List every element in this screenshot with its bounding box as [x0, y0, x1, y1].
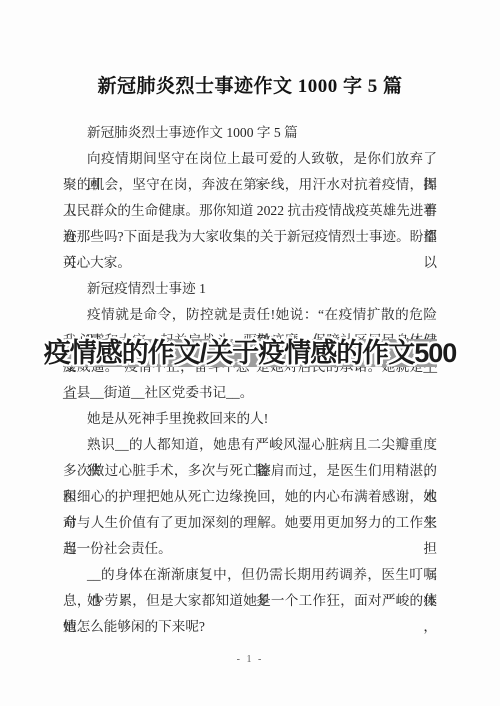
section-heading: 新冠疫情烈士事迹 1 [63, 276, 437, 302]
text-line: 人民群众的生命健康。那你知道 2022 抗击疫情战疫英雄先进事迹都 [63, 198, 437, 224]
text-line: __的身体在渐渐康复中，但仍需长期用药调养，医生叮嘱她多休 [63, 562, 437, 588]
text-line: 聚的机会，坚守在岗，奔波在第一线，用汗水对抗着疫情，捍卫着 [63, 172, 437, 198]
text-line: 多次做过心脏手术，多次与死亡擦肩而过，是医生们用精湛的医术 [63, 458, 437, 484]
subtitle-line: 新冠肺炎烈士事迹作文 1000 字 5 篇 [63, 120, 437, 146]
text-line: 和细心的护理把她从死亡边缘挽回，她的内心布满着感谢，她对生 [63, 484, 437, 510]
text-line: 息，少劳累，但是大家都知道她是一个工作狂，面对严峻的疫情， [63, 588, 437, 614]
overlay-banner: 疫情感的作文/关于疫情感的作文500 [63, 339, 437, 367]
text-line: 向疫情期间坚守在岗位上最可爱的人致敬，是你们放弃了回家团 [63, 146, 437, 172]
text-line: 熟识__的人都知道，她患有严峻风湿心脏病且二尖瓣重度狭隘， [63, 432, 437, 458]
text-line: 她是从死神手里挽救回来的人! [63, 406, 437, 432]
text-line: __县__街道__社区党委书记__。 [63, 380, 437, 406]
page-number: - 1 - [63, 654, 437, 666]
text-line: 有那些吗?下面是我为大家收集的关于新冠疫情烈士事迹。盼望可以 [63, 224, 437, 250]
text-line: 命与人生价值有了更加深刻的理解。她要用更加努力的工作来当担 [63, 510, 437, 536]
text-line: 疫情就是命令，防控就是责任!她说：“在疫情扩散的危险时刻， [63, 302, 437, 328]
document-page: 新冠肺炎烈士事迹作文 1000 字 5 篇 新冠肺炎烈士事迹作文 1000 字 … [0, 0, 500, 706]
document-content: 新冠肺炎烈士事迹作文 1000 字 5 篇 新冠肺炎烈士事迹作文 1000 字 … [63, 0, 437, 666]
overlay-banner-text: 疫情感的作文/关于疫情感的作文500 [44, 340, 457, 367]
document-title: 新冠肺炎烈士事迹作文 1000 字 5 篇 [63, 73, 437, 101]
